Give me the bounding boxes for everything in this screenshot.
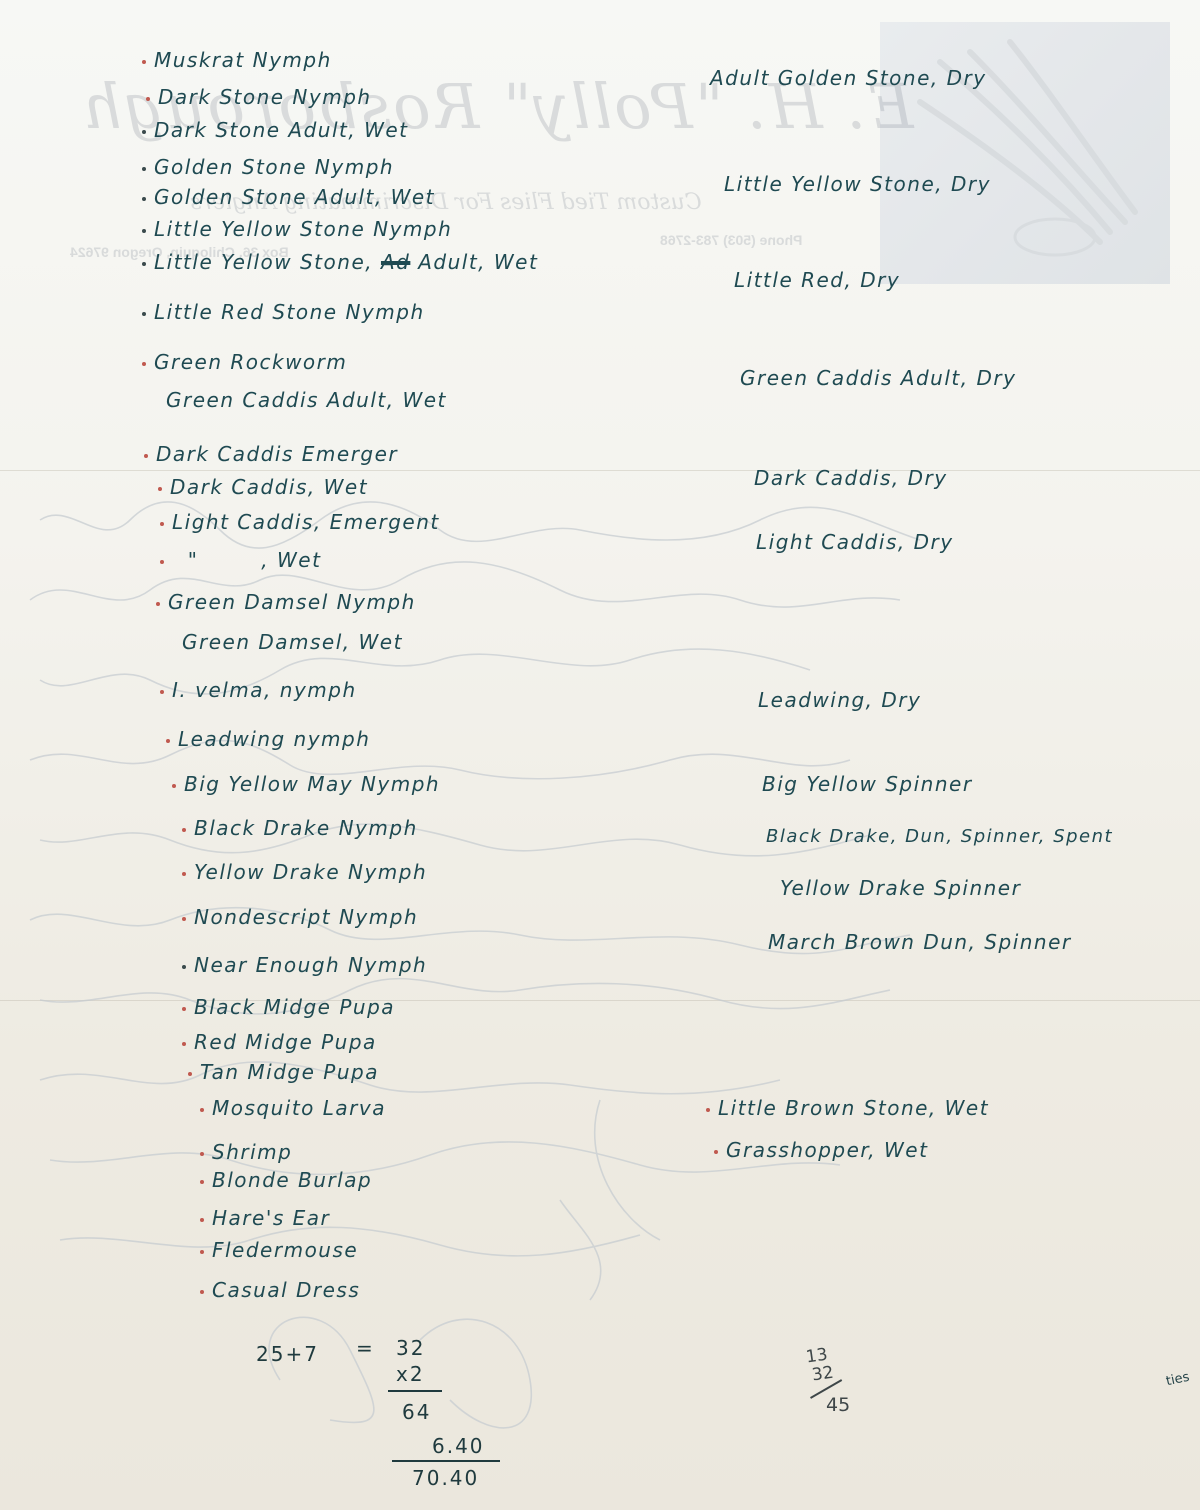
list-item: Big Yellow May Nymph [172, 772, 440, 796]
calc-expression: 25+7 [256, 1342, 319, 1366]
list-item: Green Damsel, Wet [182, 630, 403, 654]
crossed-out-text: Ad [381, 250, 410, 274]
list-item: Little Red Stone Nymph [142, 300, 425, 324]
list-item: Little Yellow Stone, Ad Adult, Wet [142, 250, 538, 274]
list-item: Golden Stone Nymph [142, 155, 394, 179]
bullet-dot [142, 60, 146, 64]
list-item: Near Enough Nymph [182, 953, 427, 977]
bullet-dot [142, 167, 146, 171]
tally-middle: 32 [811, 1363, 835, 1386]
list-item: Muskrat Nymph [142, 48, 332, 72]
list-item: Dark Caddis, Wet [158, 475, 368, 499]
bullet-dot [142, 229, 146, 233]
bullet-dot [172, 784, 176, 788]
list-item: Green Caddis Adult, Dry [740, 366, 1016, 390]
list-item: Little Yellow Stone Nymph [142, 217, 452, 241]
list-item: Hare's Ear [200, 1206, 330, 1230]
bullet-dot [182, 1007, 186, 1011]
list-item: Dark Stone Adult, Wet [142, 118, 409, 142]
bullet-dot [166, 739, 170, 743]
bullet-dot [158, 487, 162, 491]
list-item: Golden Stone Adult, Wet [142, 185, 435, 209]
list-item: Light Caddis, Dry [756, 530, 954, 554]
list-item: Yellow Drake Nymph [182, 860, 427, 884]
bullet-dot [200, 1218, 204, 1222]
bullet-dot [182, 1042, 186, 1046]
bullet-dot [188, 1072, 192, 1076]
list-item: Little Red, Dry [734, 268, 900, 292]
list-item: Little Brown Stone, Wet [706, 1096, 989, 1120]
list-item: Green Caddis Adult, Wet [166, 388, 447, 412]
list-item: Grasshopper, Wet [714, 1138, 928, 1162]
bullet-dot [142, 262, 146, 266]
bullet-dot [182, 872, 186, 876]
list-item: Dark Caddis Emerger [144, 442, 398, 466]
tally-total: 45 [826, 1394, 850, 1416]
bullet-dot [182, 828, 186, 832]
bullet-dot [142, 130, 146, 134]
bullet-dot [200, 1250, 204, 1254]
list-item: Leadwing nymph [166, 727, 370, 751]
list-item: Dark Caddis, Dry [754, 466, 948, 490]
list-item: " , Wet [160, 548, 321, 572]
list-item: Dark Stone Nymph [146, 85, 372, 109]
list-item: Casual Dress [200, 1278, 360, 1302]
list-item: Black Drake Nymph [182, 816, 418, 840]
calc-rule [388, 1390, 442, 1392]
bullet-dot [142, 362, 146, 366]
bullet-dot [160, 522, 164, 526]
calc-multiplier: x2 [396, 1362, 425, 1386]
bullet-dot [142, 197, 146, 201]
list-item: March Brown Dun, Spinner [768, 930, 1072, 954]
bullet-dot [182, 917, 186, 921]
list-item: Blonde Burlap [200, 1168, 372, 1192]
bullet-dot [146, 97, 150, 101]
bullet-dot [200, 1290, 204, 1294]
list-item: Little Yellow Stone, Dry [724, 172, 991, 196]
bullet-dot [200, 1108, 204, 1112]
bullet-dot [706, 1108, 710, 1112]
bullet-dot [714, 1150, 718, 1154]
calc-rule [392, 1460, 500, 1462]
list-item: Red Midge Pupa [182, 1030, 377, 1054]
bullet-dot [200, 1180, 204, 1184]
list-item: I. velma, nymph [160, 678, 357, 702]
list-item: Mosquito Larva [200, 1096, 386, 1120]
list-item: Tan Midge Pupa [188, 1060, 379, 1084]
list-item: Green Rockworm [142, 350, 347, 374]
list-item: Adult Golden Stone, Dry [710, 66, 987, 90]
list-item: Yellow Drake Spinner [780, 876, 1021, 900]
bullet-dot [156, 602, 160, 606]
calc-total: 70.40 [412, 1466, 479, 1490]
list-item: Leadwing, Dry [758, 688, 921, 712]
list-item: Black Drake, Dun, Spinner, Spent [766, 826, 1113, 847]
list-item: Shrimp [200, 1140, 292, 1164]
list-item: Big Yellow Spinner [762, 772, 973, 796]
bullet-dot [160, 690, 164, 694]
list-item: Green Damsel Nymph [156, 590, 416, 614]
list-item: Fledermouse [200, 1238, 358, 1262]
calc-equals: = [356, 1336, 375, 1360]
bullet-dot [182, 965, 186, 969]
bullet-dot [200, 1152, 204, 1156]
calc-product: 64 [402, 1400, 431, 1424]
list-item: Light Caddis, Emergent [160, 510, 440, 534]
calc-addend: 6.40 [432, 1434, 485, 1458]
bullet-dot [142, 312, 146, 316]
bullet-dot [160, 560, 164, 564]
calc-subtotal: 32 [396, 1336, 425, 1360]
list-item: Black Midge Pupa [182, 995, 395, 1019]
list-item: Nondescript Nymph [182, 905, 418, 929]
bullet-dot [144, 454, 148, 458]
